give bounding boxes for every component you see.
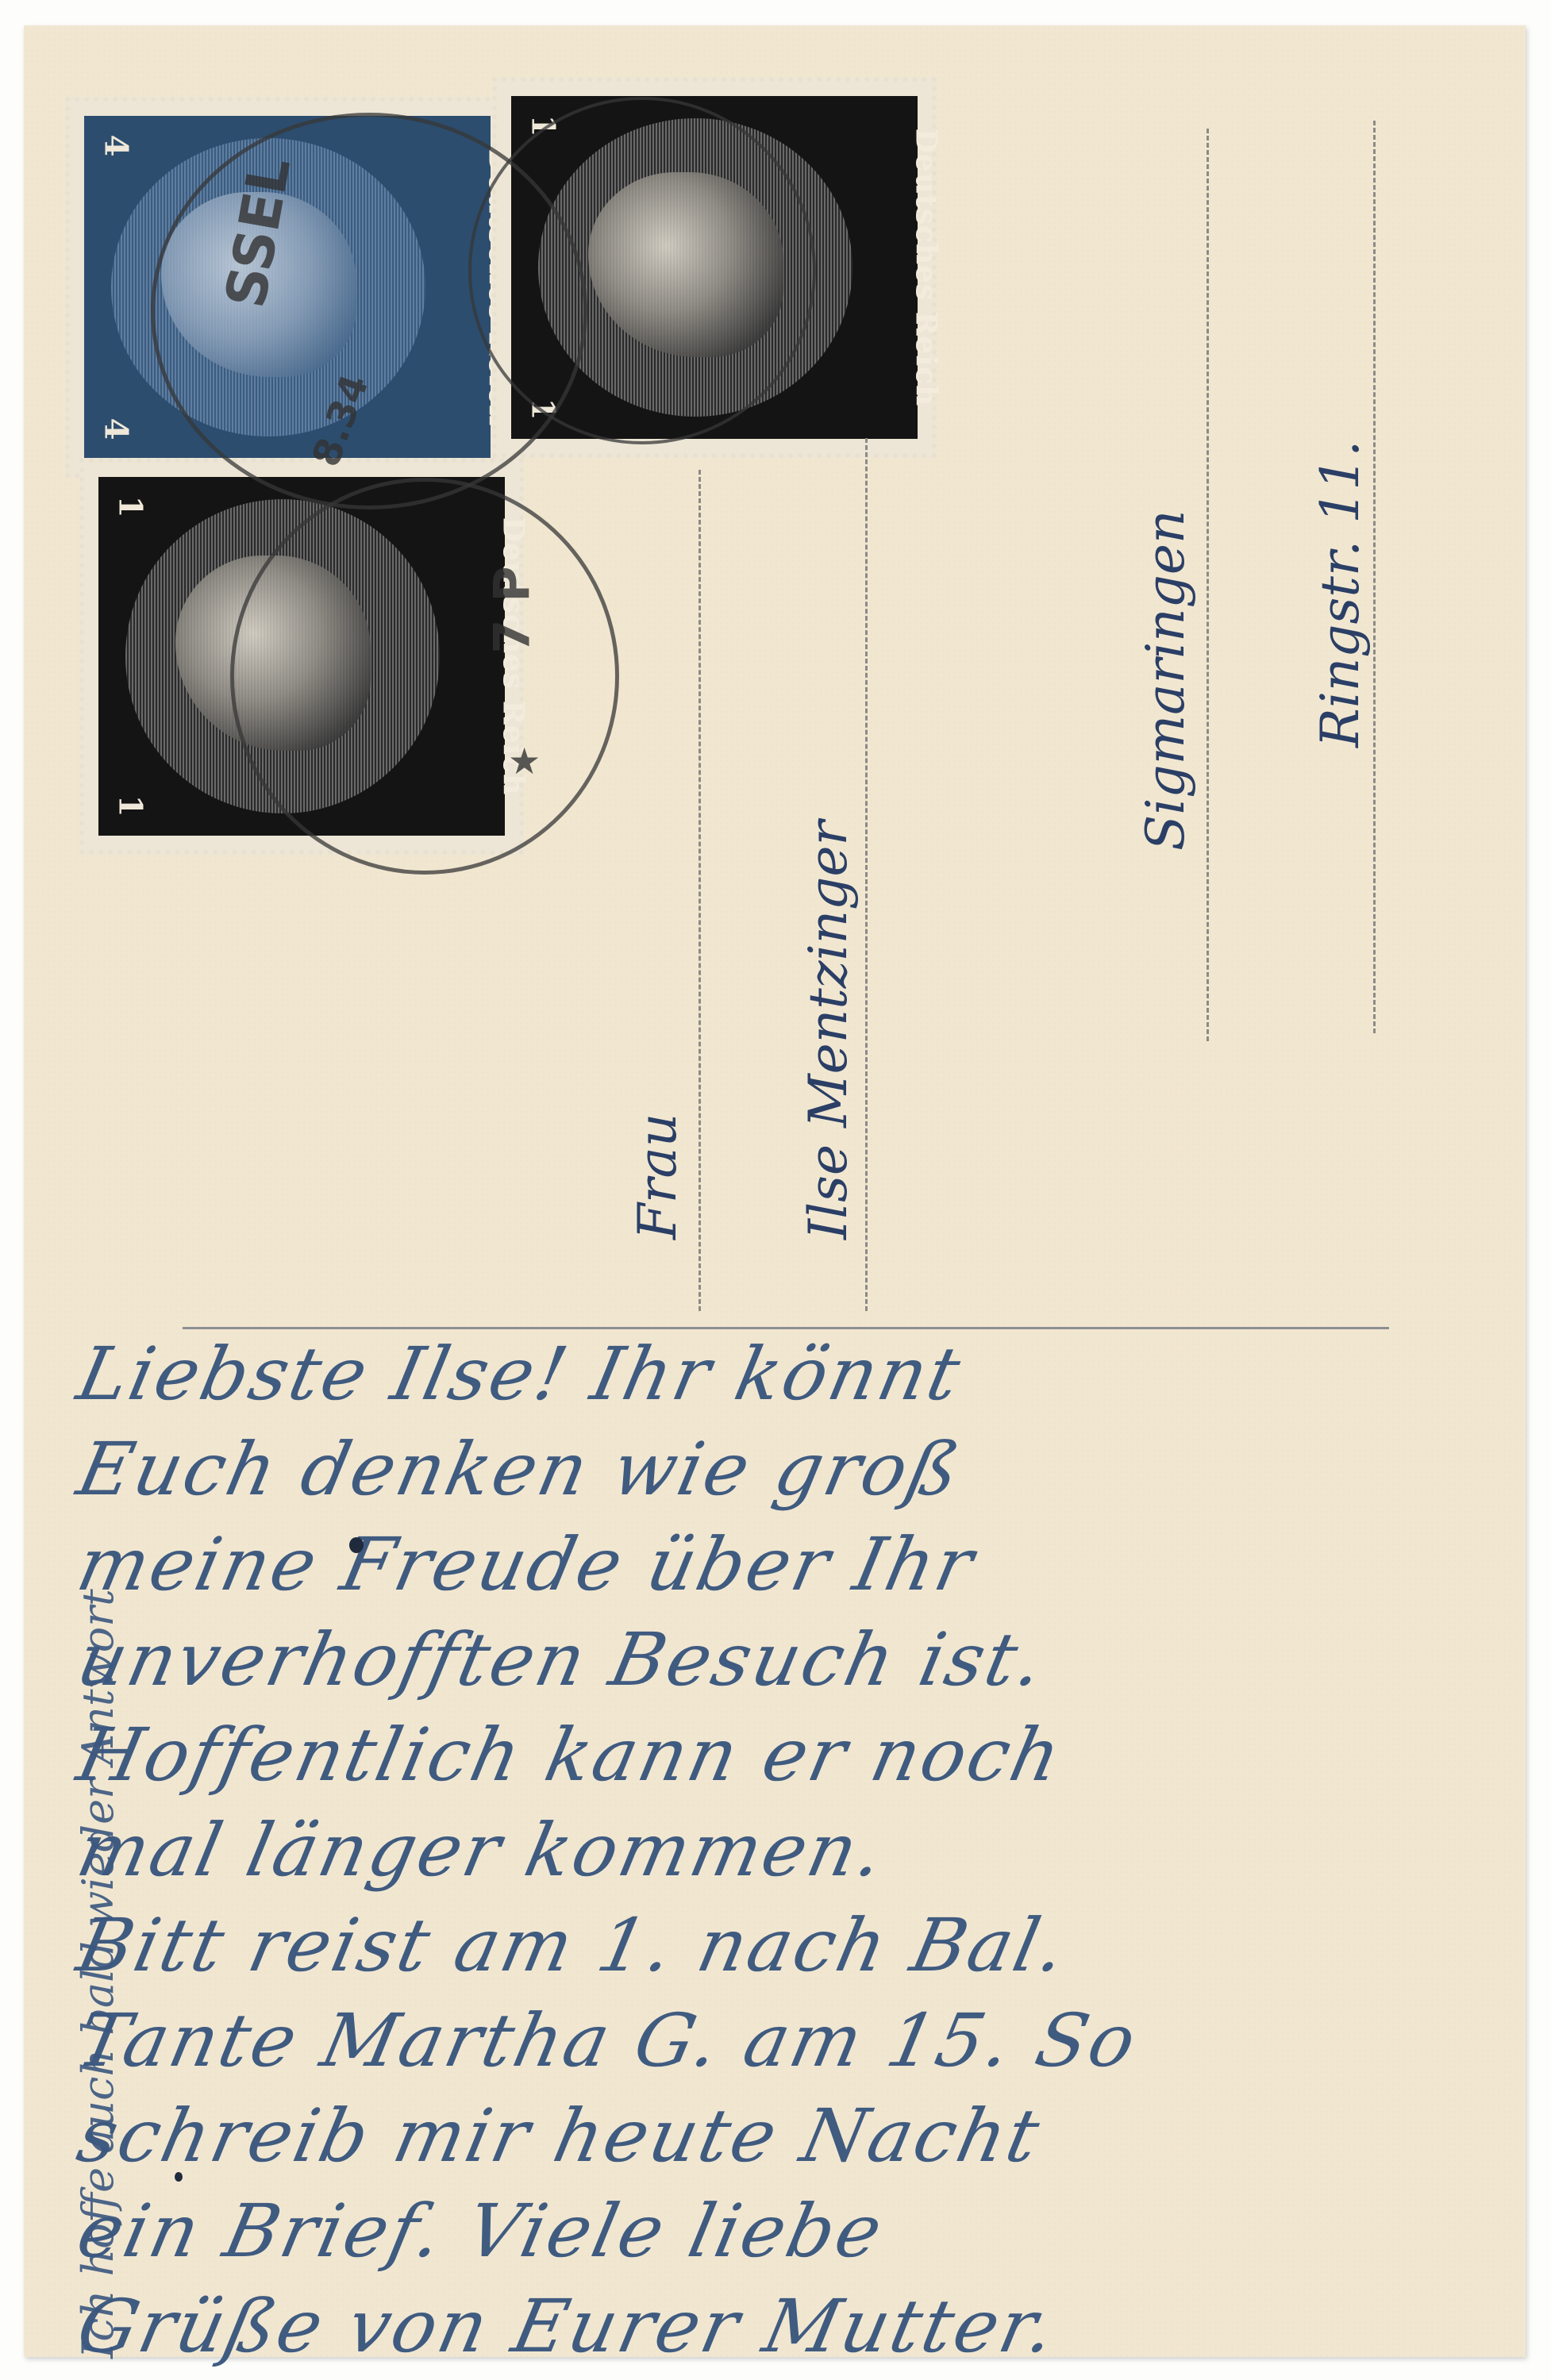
message-line: schreib mir heute Nacht [69,2089,1542,2184]
postmark-circle [468,97,816,444]
postcard: 4 4 Deutsches Reich 1 1 Deutsches Reich … [24,25,1526,2357]
address-guide-line [1373,121,1376,1033]
message-line: ein Brief. Viele liebe [69,2184,1542,2279]
postmark-text: 7 P [483,566,541,653]
ink-blot [349,1537,364,1553]
margin-note: Ich hoffe auch bald wieder Antwort [73,1589,123,2359]
stamp-denomination: 4 [97,135,134,157]
address-street: Ringstr. 11. [1310,440,1371,748]
postmark-circle [230,478,619,875]
stamp-denomination: 4 [97,418,134,440]
message-line: Euch denken wie groß [69,1422,1542,1517]
message-line: Hoffentlich kann er noch [69,1708,1542,1803]
stamp-country: Deutsches Reich [910,129,943,407]
address-name: Ilse Mentzinger [798,821,859,1240]
address-guide-line [699,470,701,1311]
message-line: Grüße von Eurer Mutter. [69,2279,1542,2374]
message-body: Liebste Ilse! Ihr könnt Euch denken wie … [79,1327,1532,2374]
address-guide-line [1207,129,1209,1041]
message-line: Bitt reist am 1. nach Bal. [69,1898,1542,1994]
message-line: Liebste Ilse! Ihr könnt [69,1327,1542,1422]
address-guide-line [865,438,868,1311]
message-line: meine Freude über Ihr [69,1517,1542,1613]
message-line: Tante Martha G. am 15. So [69,1994,1542,2089]
address-salutation: Frau [627,1113,688,1240]
stamp-denomination: 1 [111,496,148,518]
star-icon: ★ [508,740,541,782]
ink-blot [175,2172,183,2182]
message-line: unverhofften Besuch ist. [69,1613,1542,1708]
stamp-denomination: 1 [111,795,148,817]
message-line: mal länger kommen. [69,1803,1542,1898]
address-city: Sigmaringen [1135,510,1196,851]
